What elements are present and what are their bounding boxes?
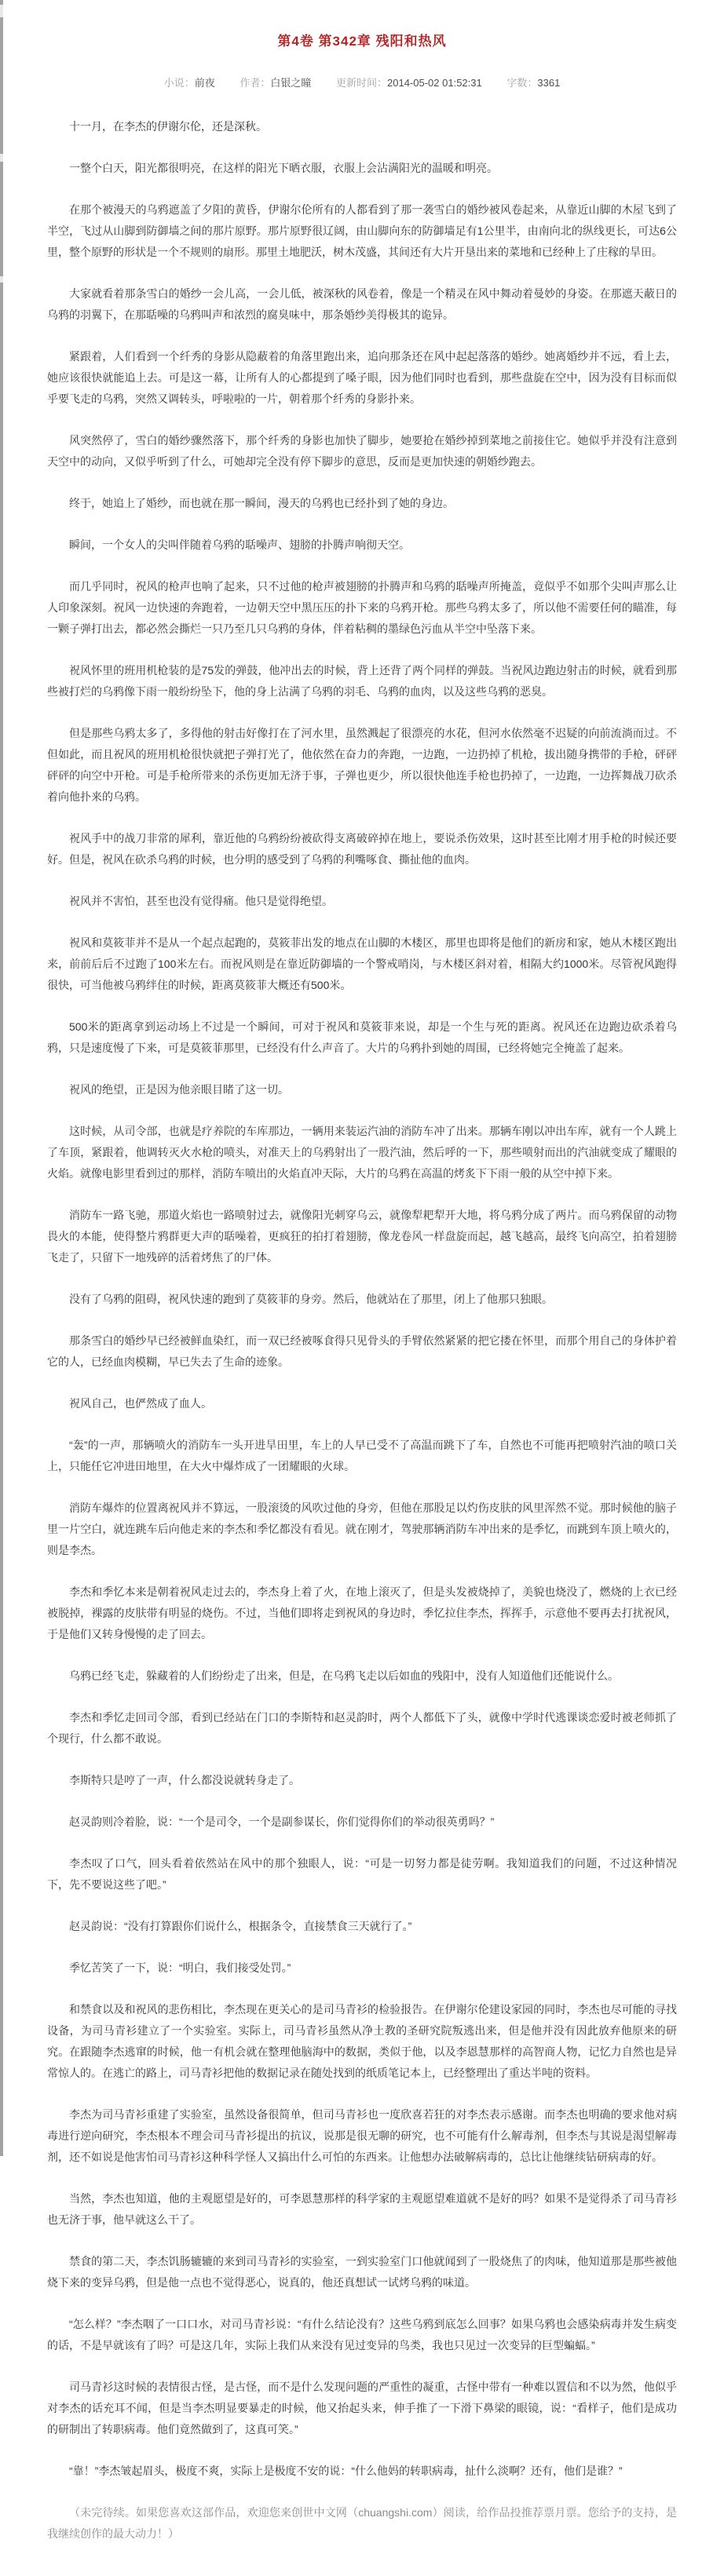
meta-wordcount-label: 字数： — [506, 77, 537, 89]
paragraph: 赵灵韵则冷着脸，说：“一个是司令，一个是副参谋长，你们觉得你们的举动很英勇吗？” — [47, 1812, 677, 1833]
paragraph: 祝风自己，也俨然成了血人。 — [47, 1393, 677, 1414]
paragraph: 司马青衫这时候的表情很古怪，是古怪，而不是什么发现问题的严重性的凝重，古怪中带有… — [47, 2377, 677, 2440]
scrollbar-notch — [0, 154, 3, 162]
paragraph: 但是那些乌鸦太多了，多得他的射击好像打在了河水里，虽然溅起了很漂亮的水花，但河水… — [47, 723, 677, 808]
paragraph: 这时候，从司令部，也就是疗养院的车库那边，一辆用来装运汽油的消防车冲了出来。那辆… — [47, 1121, 677, 1184]
paragraph: 没有了乌鸦的阻碍，祝风快速的跑到了莫筱菲的身旁。然后，他就站在了那里，闭上了他那… — [47, 1289, 677, 1310]
meta-updated: 更新时间：2014-05-02 01:52:31 — [336, 77, 482, 89]
paragraph: 祝风并不害怕，甚至也没有觉得痛。他只是觉得绝望。 — [47, 891, 677, 912]
left-scrollbar[interactable] — [0, 0, 3, 2156]
paragraph: 消防车一路飞驰，那道火焰也一路喷射过去，就像阳光刺穿乌云，就像犁耙犁开大地，将乌… — [47, 1205, 677, 1268]
paragraph: 消防车爆炸的位置离祝风并不算远，一股滚烫的风吹过他的身旁，但他在那股足以灼伤皮肤… — [47, 1498, 677, 1561]
paragraph: “轰”的一声，那辆喷火的消防车一头开进旱田里，车上的人早已受不了高温而跳下了车，… — [47, 1435, 677, 1477]
paragraph: 李杰叹了口气，回头看着依然站在风中的那个独眼人，说：“可是一切努力都是徒劳啊。我… — [47, 1853, 677, 1896]
paragraph: 乌鸦已经飞走，躲藏着的人们纷纷走了出来，但是，在乌鸦飞走以后如血的残阳中，没有人… — [47, 1666, 677, 1687]
paragraph: 李杰和季忆走回司令部，看到已经站在门口的李斯特和赵灵韵时，两个人都低下了头，就像… — [47, 1707, 677, 1750]
paragraph: 祝风和莫筱菲并不是从一个起点起跑的，莫筱菲出发的地点在山脚的木楼区，那里也即将是… — [47, 932, 677, 996]
paragraph: 瞬间，一个女人的尖叫伴随着乌鸦的聒噪声、翅膀的扑腾声响彻天空。 — [47, 535, 677, 556]
paragraph: 李杰和季忆本来是朝着祝风走过去的，李杰身上着了火，在地上滚灭了，但是头发被烧掉了… — [47, 1582, 677, 1645]
paragraph: 而几乎同时，祝风的枪声也响了起来，只不过他的枪声被翅膀的扑腾声和乌鸦的聒噪声所掩… — [47, 576, 677, 640]
meta-author-label: 作者： — [240, 77, 270, 89]
meta-novel: 小说：前夜 — [164, 77, 215, 89]
paragraph: 季忆苦笑了一下，说：“明白，我们接受处罚。” — [47, 1958, 677, 1979]
meta-author-value: 白银之瞳 — [270, 77, 311, 89]
paragraph: “靠！”李杰皱起眉头，极度不爽，实际上是极度不安的说：“什么他妈的转职病毒，扯什… — [47, 2461, 677, 2482]
meta-novel-label: 小说： — [164, 77, 195, 89]
to-be-continued-note: （未完待续。如果您喜欢这部作品，欢迎您来创世中文网（chuangshi.com）… — [47, 2502, 677, 2545]
paragraph: 终于，她追上了婚纱，而也就在那一瞬间，漫天的乌鸦也已经扑到了她的身边。 — [47, 493, 677, 514]
paragraph: 在那个被漫天的乌鸦遮盖了夕阳的黄昏，伊谢尔伦所有的人都看到了那一袭雪白的婚纱被风… — [47, 199, 677, 263]
chapter-body: 十一月，在李杰的伊谢尔伦，还是深秋。一整个白天，阳光都很明亮，在这样的阳光下晒衣… — [47, 116, 677, 2545]
meta-novel-value: 前夜 — [195, 77, 215, 89]
paragraph: 祝风手中的战刀非常的犀利，靠近他的乌鸦纷纷被砍得支离破碎掉在地上，要说杀伤效果，… — [47, 828, 677, 870]
meta-author: 作者：白银之瞳 — [240, 77, 311, 89]
paragraph: 祝风怀里的班用机枪装的是75发的弹鼓，他冲出去的时候，背上还背了两个同样的弹鼓。… — [47, 660, 677, 702]
scrollbar-notch — [0, 5, 3, 17]
chapter-title: 第4卷 第342章 残阳和热风 — [47, 30, 677, 49]
paragraph: 大家就看着那条雪白的婚纱一会儿高，一会儿低，被深秋的风卷着，像是一个精灵在风中舞… — [47, 283, 677, 326]
paragraph: 李斯特只是哼了一声，什么都没说就转身走了。 — [47, 1770, 677, 1791]
meta-updated-label: 更新时间： — [336, 77, 387, 89]
chapter-page: 第4卷 第342章 残阳和热风 小说：前夜 作者：白银之瞳 更新时间：2014-… — [0, 0, 724, 2576]
paragraph: 当然，李杰也知道，他的主观愿望是好的，可李恩慧那样的科学家的主观愿望难道就不是好… — [47, 2188, 677, 2231]
paragraph: 500米的距离拿到运动场上不过是一个瞬间，可对于祝风和莫筱菲来说，却是一个生与死… — [47, 1016, 677, 1059]
meta-wordcount-value: 3361 — [537, 77, 560, 89]
paragraph: 祝风的绝望，正是因为他亲眼目睹了这一切。 — [47, 1079, 677, 1100]
paragraph: 紧跟着，人们看到一个纤秀的身影从隐蔽着的角落里跑出来，追向那条还在风中起起落落的… — [47, 346, 677, 410]
paragraph: 风突然停了，雪白的婚纱骤然落下，那个纤秀的身影也加快了脚步，她要抢在婚纱掉到菜地… — [47, 430, 677, 473]
paragraph: 李杰为司马青衫重建了实验室，虽然设备很简单，但司马青衫也一度欣喜若狂的对李杰表示… — [47, 2104, 677, 2168]
meta-wordcount: 字数：3361 — [506, 77, 560, 89]
paragraph: 十一月，在李杰的伊谢尔伦，还是深秋。 — [47, 116, 677, 137]
paragraph: 和禁食以及和祝风的悲伤相比，李杰现在更关心的是司马青衫的检验报告。在伊谢尔伦建设… — [47, 1999, 677, 2084]
paragraph: “怎么样？”李杰咽了一口口水，对司马青衫说：“有什么结论没有？这些乌鸦到底怎么回… — [47, 2314, 677, 2356]
paragraph: 赵灵韵说：“没有打算跟你们说什么，根据条令，直接禁食三天就行了。” — [47, 1916, 677, 1937]
paragraph: 禁食的第二天，李杰饥肠辘辘的来到司马青衫的实验室，一到实验室门口他就闻到了一股烧… — [47, 2251, 677, 2293]
chapter-meta: 小说：前夜 作者：白银之瞳 更新时间：2014-05-02 01:52:31 字… — [47, 75, 677, 89]
paragraph: 那条雪白的婚纱早已经被鲜血染红，而一双已经被啄食得只见骨头的手臂依然紧紧的把它搂… — [47, 1330, 677, 1373]
meta-updated-value: 2014-05-02 01:52:31 — [387, 77, 482, 89]
paragraph: 一整个白天，阳光都很明亮，在这样的阳光下晒衣服，衣服上会沾满阳光的温暖和明亮。 — [47, 158, 677, 179]
scrollbar-notch — [0, 276, 3, 283]
